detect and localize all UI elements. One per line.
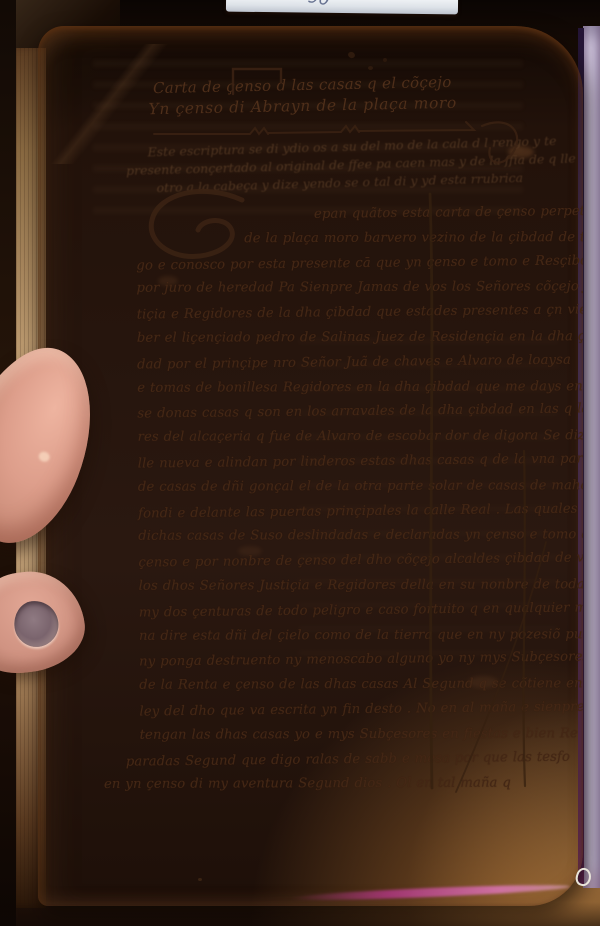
table-surface [0,902,600,926]
title-bracket-flourish [233,69,281,94]
fingernail [12,598,61,649]
title-swash-flourish [482,122,517,162]
tab-folio-number: 90 [307,0,332,10]
thumb-highlight [37,450,51,463]
archival-bookmark-tab: 90 [226,0,458,14]
long-vertical-stroke [430,194,432,788]
long-diagonal-stroke [456,542,546,792]
manuscript-photo: 90 Carta de çenso d las casas q el cõçej… [0,0,600,926]
ink-flourishes [38,26,583,906]
lavender-edge-strip [583,26,600,888]
manuscript-page: Carta de çenso d las casas q el cõçejo Y… [38,26,583,906]
title-underline-flourish [154,122,474,134]
